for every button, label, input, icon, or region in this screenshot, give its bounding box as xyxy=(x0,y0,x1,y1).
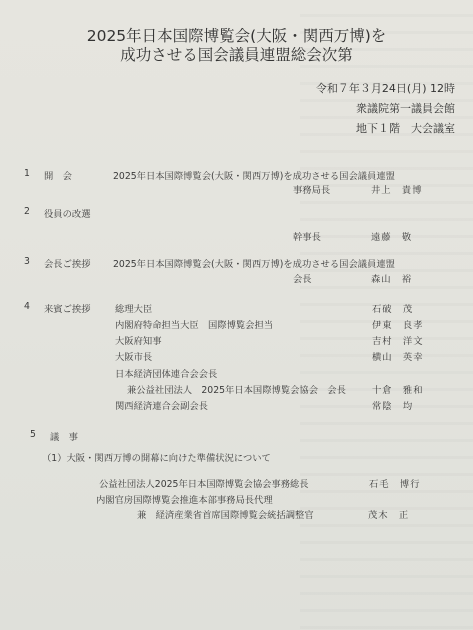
item-label: 会長ご挨拶 xyxy=(44,256,91,270)
item-organization: 2025年日本国際博覧会(大阪・関西万博)を成功させる国会議員連盟 xyxy=(113,168,395,182)
guest-title: 日本経済団体連合会会長 xyxy=(115,366,217,380)
item-label: 来賓ご挨拶 xyxy=(44,301,91,315)
item-person: 遠藤 敬 xyxy=(371,229,412,243)
guest-name: 横山 英幸 xyxy=(372,349,424,363)
guest-title: 大阪府知事 xyxy=(115,333,162,347)
item-label: 役員の改選 xyxy=(44,206,91,220)
item-role: 幹事長 xyxy=(293,229,321,243)
item-number: 2 xyxy=(24,206,30,217)
item-organization: 2025年日本国際博覧会(大阪・関西万博)を成功させる国会議員連盟 xyxy=(113,256,395,270)
document-title-line2: 成功させる国会議員連盟総会次第 xyxy=(0,43,473,65)
item-person: 森山 裕 xyxy=(371,271,412,285)
item-person: 井上 貴博 xyxy=(371,182,423,196)
speaker-name: 石毛 博行 xyxy=(369,476,421,490)
guest-name: 吉村 洋文 xyxy=(372,333,424,347)
item-role: 事務局長 xyxy=(293,182,330,196)
meeting-room: 地下１階 大会議室 xyxy=(356,120,455,136)
speaker-title: 兼 経済産業省首席国際博覧会統括調整官 xyxy=(137,507,314,521)
guest-title: 内閣府特命担当大臣 国際博覧会担当 xyxy=(115,317,273,331)
guest-title: 大阪市長 xyxy=(115,349,152,363)
meeting-date: 令和７年３月24日(月) 12時 xyxy=(316,80,455,96)
guest-name: 石破 茂 xyxy=(372,301,413,315)
item-number: 3 xyxy=(24,256,30,267)
agenda-subitem: （1）大阪・関西万博の開幕に向けた準備状況について xyxy=(42,450,271,464)
guest-title: 総理大臣 xyxy=(115,301,152,315)
item-number: 1 xyxy=(24,168,30,179)
guest-title: 兼公益社団法人 2025年日本国際博覧会協会 会長 xyxy=(127,382,346,396)
item-role: 会長 xyxy=(293,271,312,285)
speaker-title: 公益社団法人2025年日本国際博覧会協会事務総長 xyxy=(99,476,309,490)
item-number: 4 xyxy=(24,301,30,312)
item-number: 5 xyxy=(30,429,36,440)
guest-title: 関西経済連合会副会長 xyxy=(115,398,208,412)
item-label: 開 会 xyxy=(44,168,72,182)
agenda-document: 2025年日本国際博覧会(大阪・関西万博)を 成功させる国会議員連盟総会次第 令… xyxy=(0,0,473,630)
guest-name: 常陰 均 xyxy=(372,398,413,412)
speaker-name: 茂木 正 xyxy=(368,507,409,521)
guest-name: 十倉 雅和 xyxy=(372,382,424,396)
meeting-venue: 衆議院第一議員会館 xyxy=(356,100,455,116)
speaker-title: 内閣官房国際博覧会推進本部事務局長代理 xyxy=(96,492,273,506)
item-label: 議 事 xyxy=(50,429,78,443)
guest-name: 伊東 良孝 xyxy=(372,317,424,331)
